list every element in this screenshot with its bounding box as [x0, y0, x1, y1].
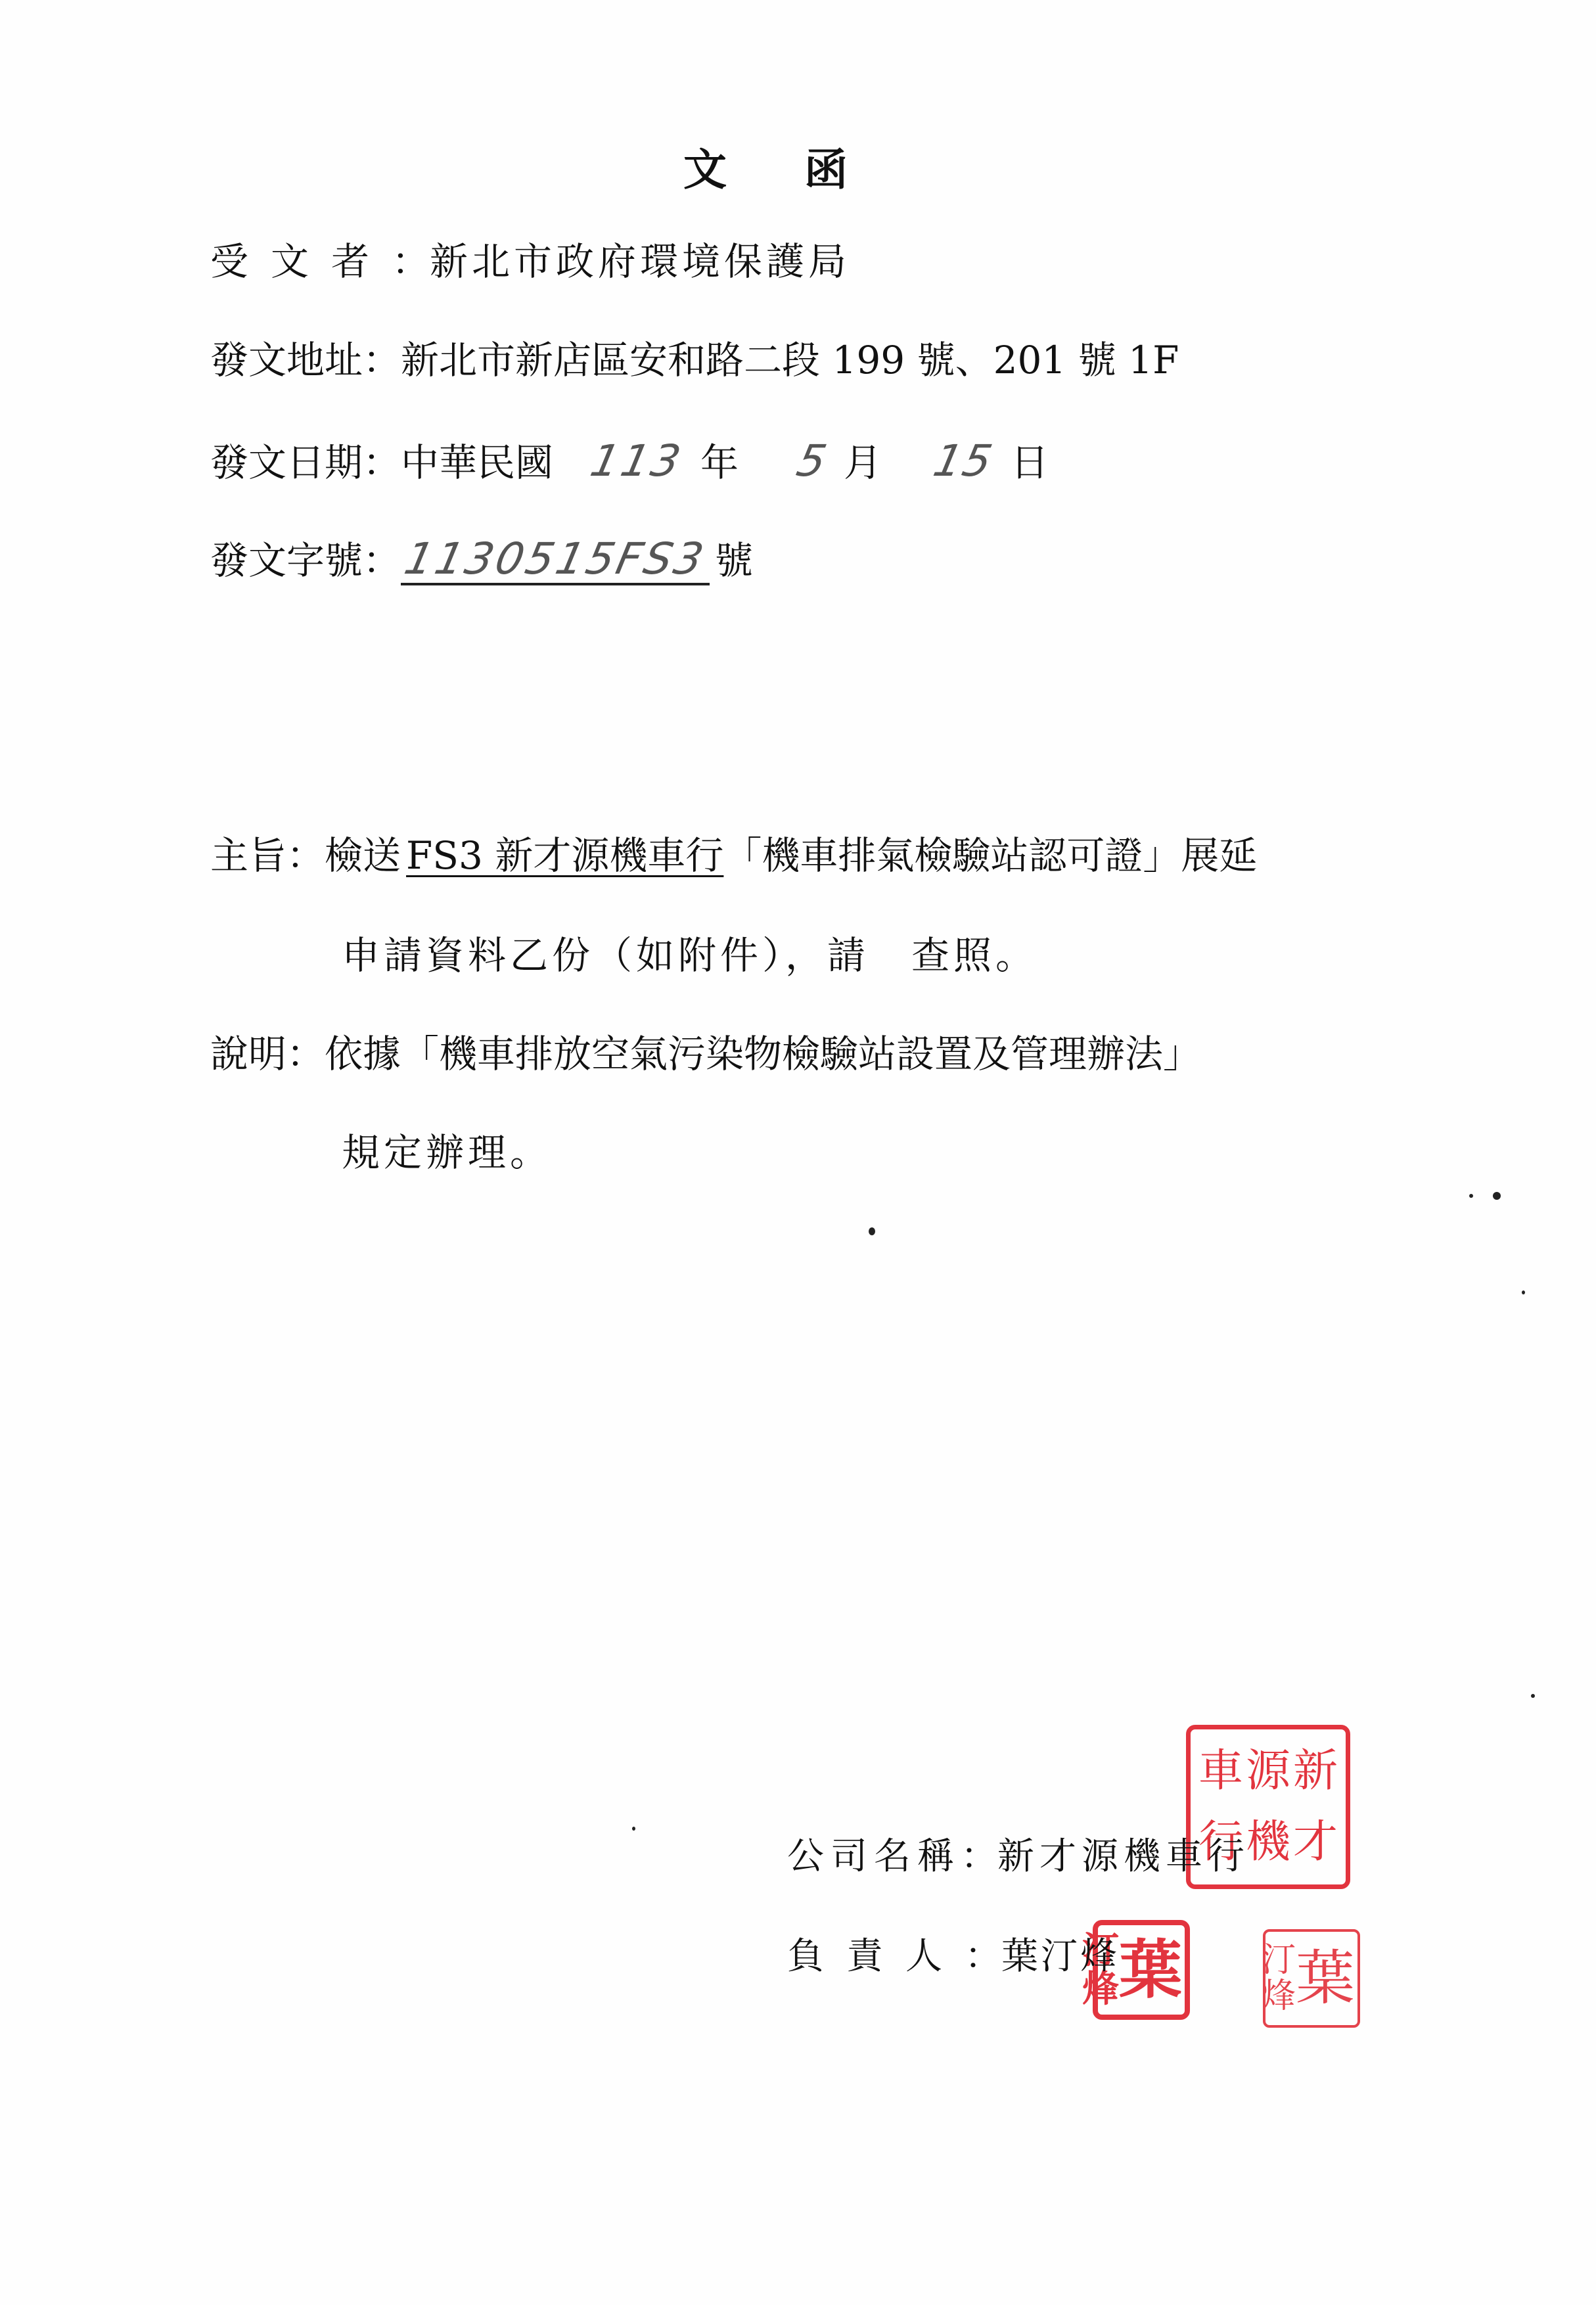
subject-quoted-item: 「機車排氣檢驗站認可證」: [723, 833, 1181, 878]
explanation-colon: ：: [286, 1032, 325, 1076]
issue-date-label: 發文日期: [210, 439, 363, 486]
document-number-colon: ：: [363, 538, 401, 583]
subject-label: 主旨: [210, 832, 286, 879]
seal-char: 葉: [1119, 1937, 1182, 2003]
scan-speck: [1493, 1192, 1501, 1200]
company-name-colon: ：: [961, 1835, 997, 1878]
seal-char: 才: [1292, 1807, 1339, 1878]
person-seal-secondary: 葉 汀 烽: [1263, 1929, 1360, 2028]
document-number-label: 發文字號: [210, 537, 363, 584]
explanation-line2-row: 規定辦理。: [342, 1129, 552, 1176]
document-number-row: 發文字號：1130515FS3號: [210, 536, 753, 584]
document-number-suffix: 號: [715, 538, 753, 583]
recipient-colon: ：: [392, 239, 430, 284]
responsible-person-colon: ：: [965, 1935, 1001, 1978]
issue-date-era: 中華民國: [401, 440, 553, 485]
explanation-line2: 規定辦理。: [342, 1130, 552, 1175]
subject-line1-tail: 展延: [1181, 833, 1257, 878]
sender-address-row: 發文地址：新北市新店區安和路二段 199 號、201 號 1F: [210, 336, 1179, 384]
scan-speck: [1531, 1694, 1535, 1698]
document-page: 文函 受文者：新北市政府環境保護局 發文地址：新北市新店區安和路二段 199 號…: [0, 0, 1596, 2305]
scan-speck: [632, 1827, 635, 1831]
sender-address-colon: ：: [363, 338, 401, 382]
subject-row: 主旨：檢送FS3 新才源機車行「機車排氣檢驗站認可證」展延: [210, 832, 1257, 879]
document-number-field: 1130515FS3: [401, 536, 710, 584]
company-name-row: 公司名稱：新才源機車行: [787, 1833, 1250, 1881]
seal-char: 機: [1244, 1807, 1292, 1878]
responsible-person-row: 負責人：葉汀烽: [787, 1933, 1120, 1980]
scan-speck: [869, 1227, 875, 1235]
seal-char: 烽: [1262, 1978, 1296, 2015]
explanation-row: 說明：依據「機車排放空氣污染物檢驗站設置及管理辦法」: [210, 1030, 1201, 1078]
subject-line2-row: 申請資料乙份（如附件），請 查照。: [342, 932, 1037, 979]
explanation-label: 說明: [210, 1030, 286, 1078]
seal-char: 新: [1292, 1736, 1339, 1807]
seal-char: 葉: [1296, 1948, 1355, 2010]
sender-address-label: 發文地址: [210, 336, 363, 384]
issue-date-day-unit: 日: [1011, 440, 1049, 485]
recipient-row: 受文者：新北市政府環境保護局: [210, 238, 850, 285]
subject-line2: 申請資料乙份（如附件），請 查照。: [342, 933, 1037, 978]
sender-address-value: 新北市新店區安和路二段 199 號、201 號 1F: [401, 338, 1179, 382]
subject-prefix: 檢送: [325, 833, 401, 878]
responsible-person-label: 負責人: [787, 1933, 965, 1980]
seal-col-right: 葉: [1119, 1928, 1182, 2012]
explanation-line1: 依據「機車排放空氣污染物檢驗站設置及管理辦法」: [325, 1032, 1201, 1076]
issue-date-month: 5: [792, 438, 830, 485]
recipient-value: 新北市政府環境保護局: [430, 239, 850, 284]
seal-col-right: 葉: [1296, 1934, 1355, 2022]
seal-col-left: 汀 烽: [1262, 1934, 1296, 2022]
scan-speck: [1469, 1194, 1473, 1198]
issue-date-year: 113: [586, 438, 687, 485]
seal-char: 汀: [1262, 1942, 1296, 1978]
responsible-person-name: 葉汀烽: [1001, 1935, 1120, 1978]
issue-date-colon: ：: [363, 440, 401, 485]
seal-char: 車: [1197, 1736, 1244, 1807]
scan-speck: [1522, 1290, 1525, 1294]
issue-date-month-unit: 月: [844, 440, 882, 485]
issue-date-row: 發文日期：中華民國113年5月15日: [210, 438, 1049, 486]
seal-char: 源: [1244, 1736, 1292, 1807]
document-number-value: 1130515FS3: [400, 536, 710, 583]
issue-date-day: 15: [929, 438, 997, 485]
subject-colon: ：: [286, 833, 325, 878]
company-name-label: 公司名稱: [787, 1833, 961, 1881]
subject-company-underlined: FS3 新才源機車行: [401, 833, 723, 878]
issue-date-year-unit: 年: [700, 440, 739, 485]
company-name-value: 新才源機車行: [997, 1835, 1250, 1878]
recipient-label: 受文者: [210, 238, 392, 285]
document-title: 文函: [683, 135, 925, 197]
